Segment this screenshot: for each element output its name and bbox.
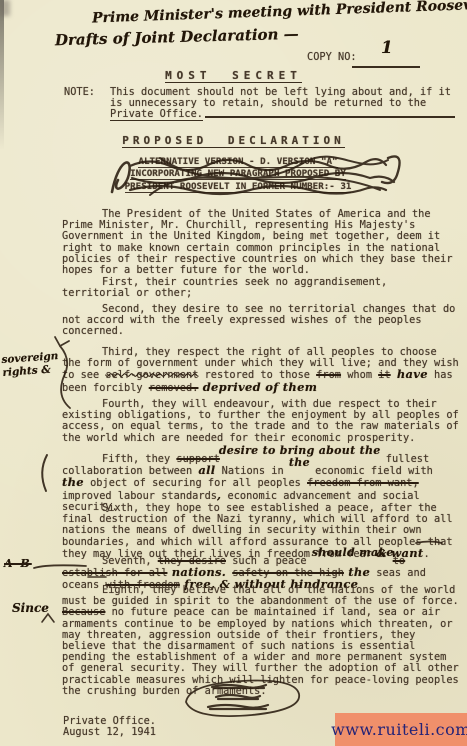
margin-note-rights: rights & xyxy=(2,363,60,380)
struck-line-1: ALTERNATIVE VERSION - D. VERSION "A" xyxy=(138,156,337,168)
struck-version-header: ALTERNATIVE VERSION - D. VERSION "A" INC… xyxy=(84,156,392,193)
paragraph-eighth: Eighth, they believe that all of the nat… xyxy=(62,585,460,697)
copy-number-underline xyxy=(352,66,420,68)
document-page: Prime Minister's meeting with President … xyxy=(0,0,467,746)
paragraph-first: First, their countries seek no aggrandis… xyxy=(62,277,460,299)
margin-note-seventh-struck: A B xyxy=(4,558,32,569)
note-underline-extension xyxy=(205,116,455,118)
paragraph-fourth: Fourth, they will endeavour, with due re… xyxy=(62,399,460,444)
scan-blot xyxy=(0,0,10,16)
margin-note-since: Since xyxy=(12,603,49,614)
paragraph-sixth: Sixth, they hope to see established a pe… xyxy=(62,503,460,560)
copy-number-value: 1 xyxy=(381,43,393,54)
paragraph-intro: The President of the United States of Am… xyxy=(62,209,460,276)
page-title: PROPOSED DECLARATION xyxy=(122,135,344,148)
note-label: NOTE: xyxy=(64,87,109,98)
classification-row: MOST SECRET xyxy=(0,70,467,83)
copy-number-label: COPY NO: xyxy=(307,52,387,63)
title-row: PROPOSED DECLARATION xyxy=(0,135,467,148)
struck-line-2: INCORPORATING NEW PARAGRAPH PROPOSED BY xyxy=(130,168,346,180)
paragraph-second: Second, they desire to see no territoria… xyxy=(62,304,460,338)
paragraph-third: Third, they respect the right of all peo… xyxy=(62,347,460,394)
struck-line-3: PRESIDENT ROOSEVELT IN FORMER NUMBER:- 3… xyxy=(125,181,352,193)
margin-note-sovereign-rights: sovereign rights & xyxy=(1,350,60,380)
watermark: www.ruiteli.com xyxy=(335,713,467,746)
classification-text: MOST SECRET xyxy=(165,70,302,83)
handwritten-header-line2: Drafts of Joint Declaration — xyxy=(55,29,299,47)
handwritten-header-line1: Prime Minister's meeting with President … xyxy=(92,1,464,25)
